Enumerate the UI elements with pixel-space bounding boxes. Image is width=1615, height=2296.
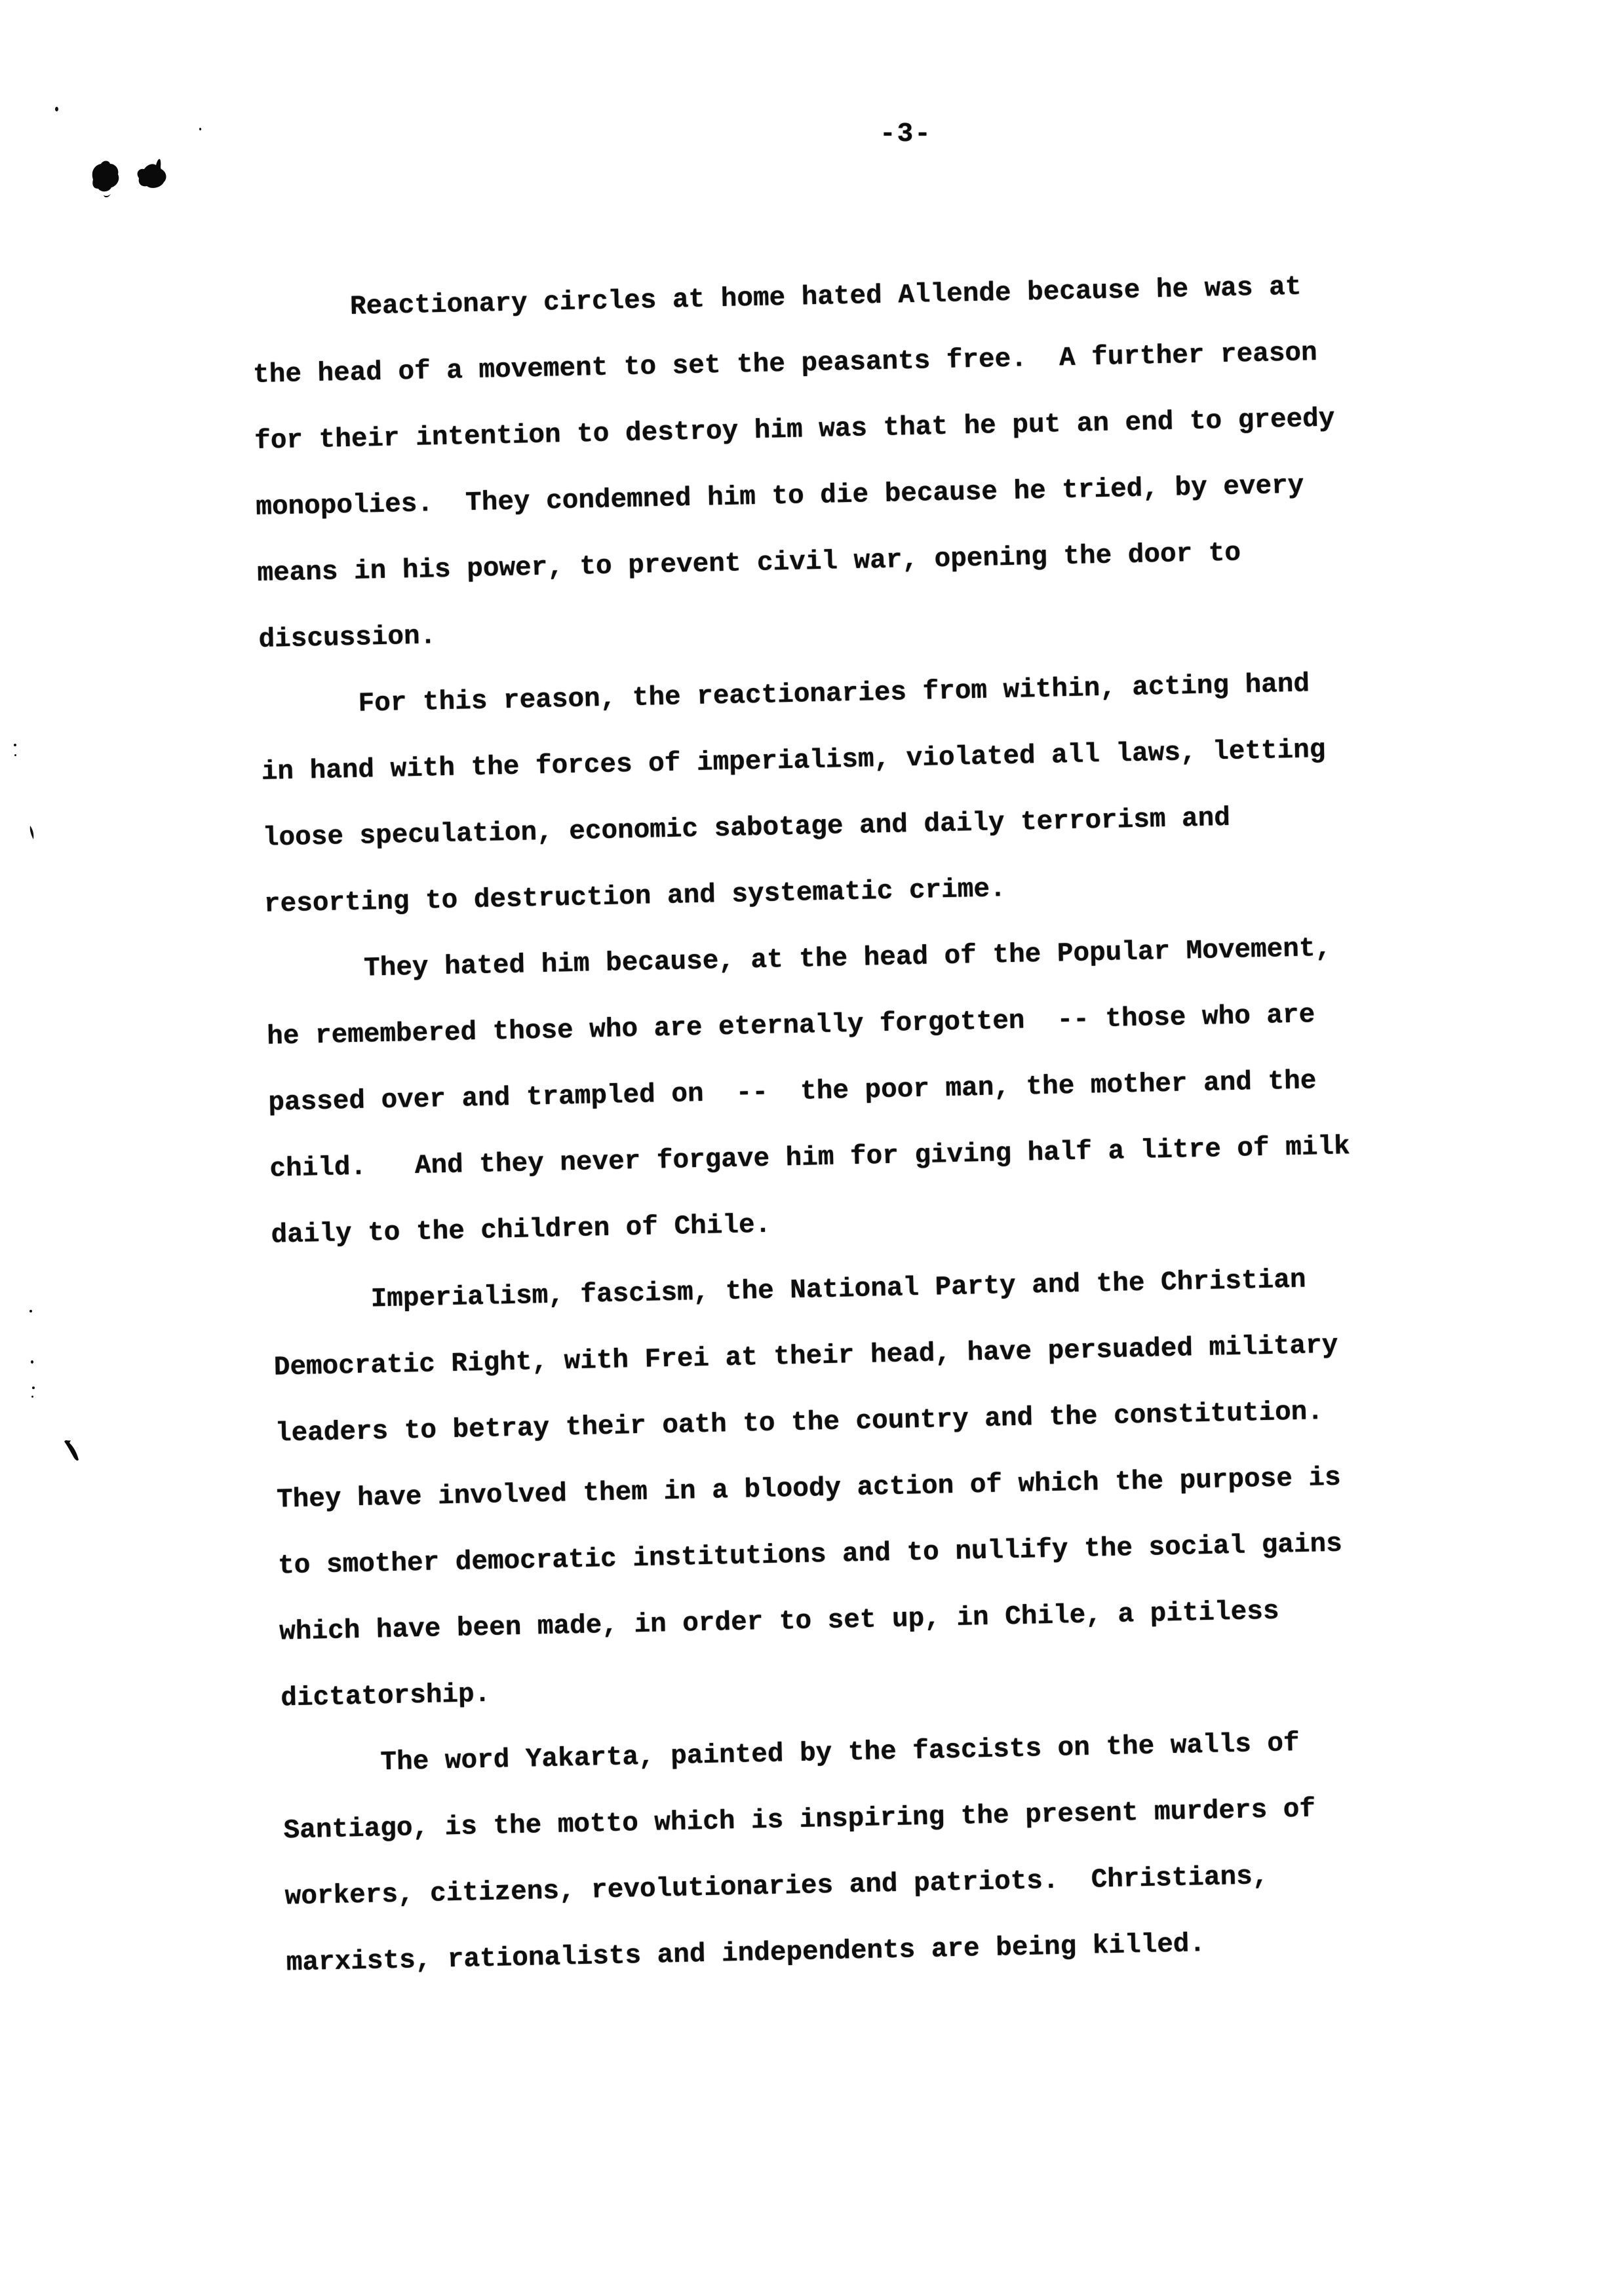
speck-dot [14,744,16,746]
pen-stroke-mark [63,1439,84,1463]
speck-dot [31,1396,33,1398]
apostrophe-mark [28,824,37,841]
speck-dot [14,754,16,756]
document-body: Reactionary circles at home hated Allend… [251,252,1480,1997]
speck-dot [32,1387,35,1389]
speck-dot [55,107,58,111]
speck-dot [199,128,201,130]
page-number: -3- [880,119,932,149]
ink-stain-marks [84,155,182,202]
speck-dot [29,1310,32,1312]
scanned-document-page: -3- Reactionary circles at home hated Al… [0,0,1615,2296]
speck-dot [31,1360,33,1364]
